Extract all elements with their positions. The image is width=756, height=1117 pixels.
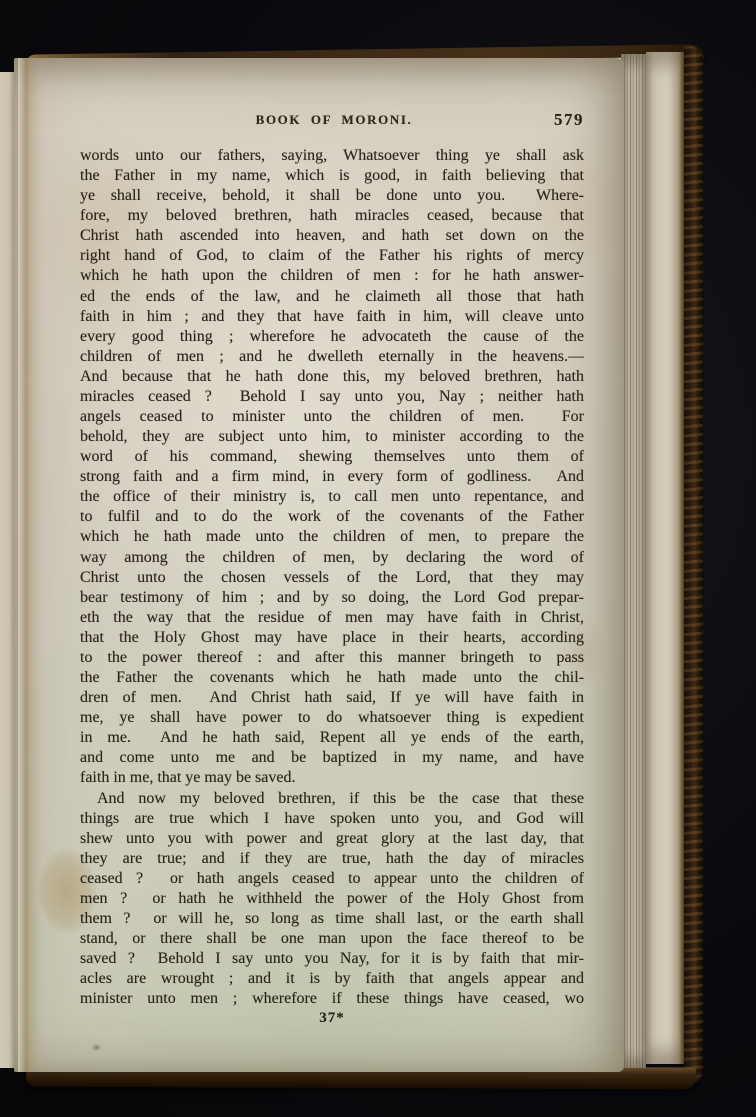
text-line: the office of their ministry is, to call… xyxy=(80,487,584,507)
text-line: stand, or there shall be one man upon th… xyxy=(80,929,584,949)
text-line: every good thing ; wherefore he advocate… xyxy=(80,327,584,347)
text-line: ye shall receive, behold, it shall be do… xyxy=(80,186,584,206)
text-line: to fulfil and to do the work of the cove… xyxy=(80,507,584,527)
text-line: ed the ends of the law, and he claimeth … xyxy=(80,287,584,307)
text-line: shew unto you with power and great glory… xyxy=(80,829,584,849)
text-line: strong faith and a firm mind, in every f… xyxy=(80,467,584,487)
text-line: men ? or hath he withheld the power of t… xyxy=(80,889,584,909)
text-line: eth the way that the residue of men may … xyxy=(80,608,584,628)
text-line: And now my beloved brethren, if this be … xyxy=(80,789,584,809)
text-line: minister unto men ; wherefore if these t… xyxy=(80,989,584,1009)
text-line: which he hath upon the children of men :… xyxy=(80,266,584,286)
scanned-book-photo: BOOK OF MORONI. 579 words unto our fathe… xyxy=(0,0,756,1117)
text-line: they are true; and if they are true, hat… xyxy=(80,849,584,869)
text-line: acles are wrought ; and it is by faith t… xyxy=(80,969,584,989)
text-line: them ? or will he, so long as time shall… xyxy=(80,909,584,929)
text-line: ceased ? or hath angels ceased to appear… xyxy=(80,869,584,889)
running-head-title: BOOK OF MORONI. xyxy=(214,112,454,128)
page-fore-edge-outer xyxy=(646,52,684,1064)
text-line: Christ hath ascended into heaven, and ha… xyxy=(80,226,584,246)
text-line: and come unto me and be baptized in my n… xyxy=(80,748,584,768)
text-line: bear testimony of him ; and by so doing,… xyxy=(80,588,584,608)
text-line: words unto our fathers, saying, Whatsoev… xyxy=(80,146,584,166)
text-line: me, ye shall have power to do whatsoever… xyxy=(80,708,584,728)
page-fore-edge-stack xyxy=(621,54,646,1068)
text-line: word of his command, shewing themselves … xyxy=(80,447,584,467)
text-line: things are true which I have spoken unto… xyxy=(80,809,584,829)
text-line: faith in me, that ye may be saved. xyxy=(80,768,584,788)
text-line: angels ceased to minister unto the child… xyxy=(80,407,584,427)
text-line: dren of men. And Christ hath said, If ye… xyxy=(80,688,584,708)
text-block: words unto our fathers, saying, Whatsoev… xyxy=(80,146,584,1009)
gutter-crease xyxy=(18,58,40,1072)
text-line: to the power thereof : and after this ma… xyxy=(80,648,584,668)
book-page: BOOK OF MORONI. 579 words unto our fathe… xyxy=(14,58,624,1072)
text-line: in me. And he hath said, Repent all ye e… xyxy=(80,728,584,748)
text-line: right hand of God, to claim of the Fathe… xyxy=(80,246,584,266)
text-line: faith in him ; and they that have faith … xyxy=(80,307,584,327)
text-line: way among the children of men, by declar… xyxy=(80,548,584,568)
signature-mark: 37* xyxy=(80,1010,584,1027)
text-line: the Father the covenants which he hath m… xyxy=(80,668,584,688)
text-line: behold, they are subject unto him, to mi… xyxy=(80,427,584,447)
text-line: miracles ceased ? Behold I say unto you,… xyxy=(80,387,584,407)
text-line: saved ? Behold I say unto you Nay, for i… xyxy=(80,949,584,969)
text-line: the Father in my name, which is good, in… xyxy=(80,166,584,186)
text-line: Christ unto the chosen vessels of the Lo… xyxy=(80,568,584,588)
text-line: children of men ; and he dwelleth eterna… xyxy=(80,347,584,367)
text-line: fore, my beloved brethren, hath miracles… xyxy=(80,206,584,226)
text-line: And because that he hath done this, my b… xyxy=(80,367,584,387)
page-stain xyxy=(92,1044,101,1051)
text-line: that the Holy Ghost may have place in th… xyxy=(80,628,584,648)
page-number: 579 xyxy=(554,110,604,130)
book-cover-right-edge xyxy=(684,46,703,1084)
text-line: which he hath made unto the children of … xyxy=(80,527,584,547)
